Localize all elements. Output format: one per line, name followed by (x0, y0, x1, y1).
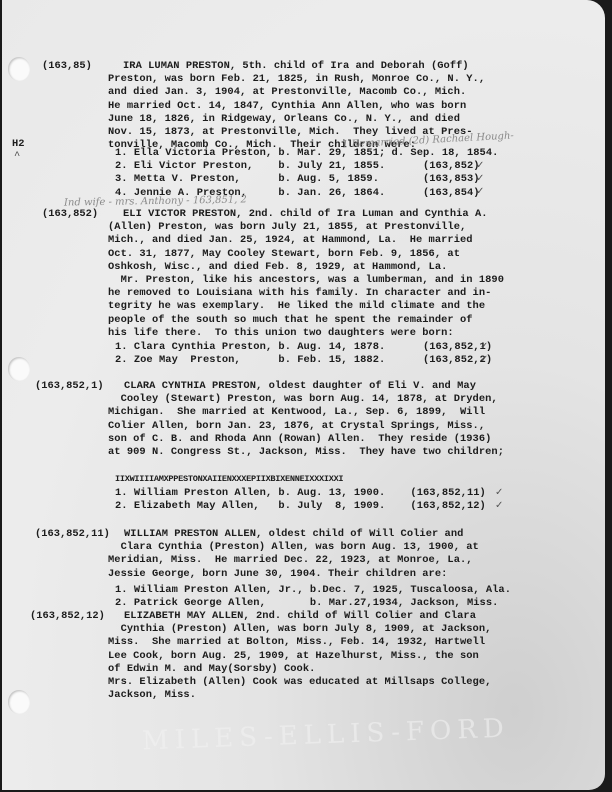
document-page: H2 ^ MILES-ELLIS-FORD (163,85)IRA LUMAN … (2, 0, 605, 790)
child-list-item: 1. William Preston Allen, Jr., b.Dec. 7,… (115, 584, 511, 597)
entry-text-line: Jessie George, born June 30, 1904. Their… (108, 568, 447, 581)
caret-mark: ^ (14, 150, 20, 162)
entry-text-line: people of the south so much that he spen… (108, 314, 473, 327)
entry-text-line: ELI VICTOR PRESTON, 2nd. child of Ira Lu… (123, 208, 488, 221)
checkmark-icon: ✓ (495, 487, 503, 498)
watermark: MILES-ELLIS-FORD (142, 714, 511, 757)
entry-text-line: (Allen) Preston, was born July 21, 1855,… (108, 221, 466, 234)
entry-text-line: Oct. 31, 1877, May Cooley Stewart, born … (108, 248, 460, 261)
entry-reference-number: (163,85) (42, 60, 92, 73)
child-list-item: 1. Ella Victoria Preston, b. Mar. 29, 18… (115, 147, 498, 160)
margin-note-h2: H2 (12, 138, 24, 150)
entry-text-line: Miss. She married at Bolton, Miss., Feb.… (108, 636, 485, 649)
child-list-item: 3. Metta V. Preston, b. Aug. 5, 1859. (1… (115, 173, 480, 186)
struck-out-line: IIXWIIIIAMXPPESTONXAIIENXXXEPIIXBIXENNEI… (115, 473, 343, 486)
child-list-item: 2. Eli Victor Preston, b. July 21, 1855.… (115, 160, 480, 173)
checkmark-icon: ✓ (476, 173, 484, 184)
entry-text-line: his life there. To this union two daught… (108, 327, 454, 340)
entry-text-line: Mr. Preston, like his ancestors, was a l… (108, 274, 504, 287)
checkmark-icon: ✓ (476, 160, 484, 171)
entry-text-line: of Edwin M. and May(Sorsby) Cook. (108, 663, 315, 676)
entry-text-line: he removed to Louisiana with his family.… (108, 287, 491, 300)
child-list-item: 1. Clara Cynthia Preston, b. Aug. 14, 18… (115, 341, 492, 354)
child-list-item: 2. Elizabeth May Allen, b. July 8, 1909.… (115, 500, 486, 513)
entry-text-line: Clara Cynthia (Preston) Allen, was born … (108, 541, 479, 554)
entry-reference-number: (163,852,12) (30, 610, 105, 623)
entry-reference-number: (163,852,11) (35, 528, 110, 541)
punch-hole (8, 690, 30, 714)
entry-text-line: son of C. B. and Rhoda Ann (Rowan) Allen… (108, 433, 491, 446)
entry-text-line: tegrity he was exemplary. He liked the m… (108, 300, 485, 313)
checkmark-icon: ✓ (495, 500, 503, 511)
entry-text-line: June 18, 1826, in Ridgeway, Orleans Co.,… (108, 113, 460, 126)
child-list-item: 2. Zoe May Preston, b. Feb. 15, 1882. (1… (115, 354, 492, 367)
entry-reference-number: (163,852,1) (35, 380, 104, 393)
entry-text-line: Preston, was born Feb. 21, 1825, in Rush… (108, 73, 485, 86)
entry-text-line: Lee Cook, born Aug. 25, 1909, at Hazelhu… (108, 650, 479, 663)
entry-text-line: Cooley (Stewart) Preston, was born Aug. … (108, 393, 498, 406)
entry-text-line: Meridian, Miss. He married Dec. 22, 1923… (108, 554, 473, 567)
checkmark-icon: ✓ (480, 341, 488, 352)
entry-text-line: CLARA CYNTHIA PRESTON, oldest daughter o… (124, 380, 476, 393)
entry-text-line: WILLIAM PRESTON ALLEN, oldest child of W… (124, 528, 463, 541)
entry-text-line: Michigan. She married at Kentwood, La., … (108, 406, 485, 419)
entry-text-line: and died Jan. 3, 1904, at Prestonville, … (108, 86, 466, 99)
entry-text-line: Colier Allen, born Jan. 23, 1876, at Cry… (108, 420, 485, 433)
entry-text-line: Oshkosh, Wisc., and died Feb. 8, 1929, a… (108, 261, 447, 274)
entry-text-line: IRA LUMAN PRESTON, 5th. child of Ira and… (123, 60, 469, 73)
handwritten-note: Ind wife - mrs. Anthony - 163,851, 2 (64, 194, 247, 208)
entry-text-line: He married Oct. 14, 1847, Cynthia Ann Al… (108, 100, 466, 113)
entry-text-line: Cynthia (Preston) Allen, was born July 8… (108, 623, 491, 636)
child-list-item: 1. William Preston Allen, b. Aug. 13, 19… (115, 487, 486, 500)
checkmark-icon: ✓ (480, 354, 488, 365)
punch-hole (8, 357, 30, 381)
checkmark-icon: ✓ (476, 186, 484, 197)
child-list-item: 2. Patrick George Allen, b. Mar.27,1934,… (115, 597, 498, 610)
entry-text-line: Mrs. Elizabeth (Allen) Cook was educated… (108, 676, 491, 689)
entry-text-line: Mich., and died Jan. 25, 1924, at Hammon… (108, 234, 473, 247)
entry-text-line: ELIZABETH MAY ALLEN, 2nd. child of Will … (124, 610, 476, 623)
entry-text-line: Jackson, Miss. (108, 689, 196, 702)
entry-reference-number: (163,852) (42, 208, 98, 221)
punch-hole (8, 57, 30, 81)
entry-text-line: at 909 N. Congress St., Jackson, Miss. T… (108, 446, 504, 459)
